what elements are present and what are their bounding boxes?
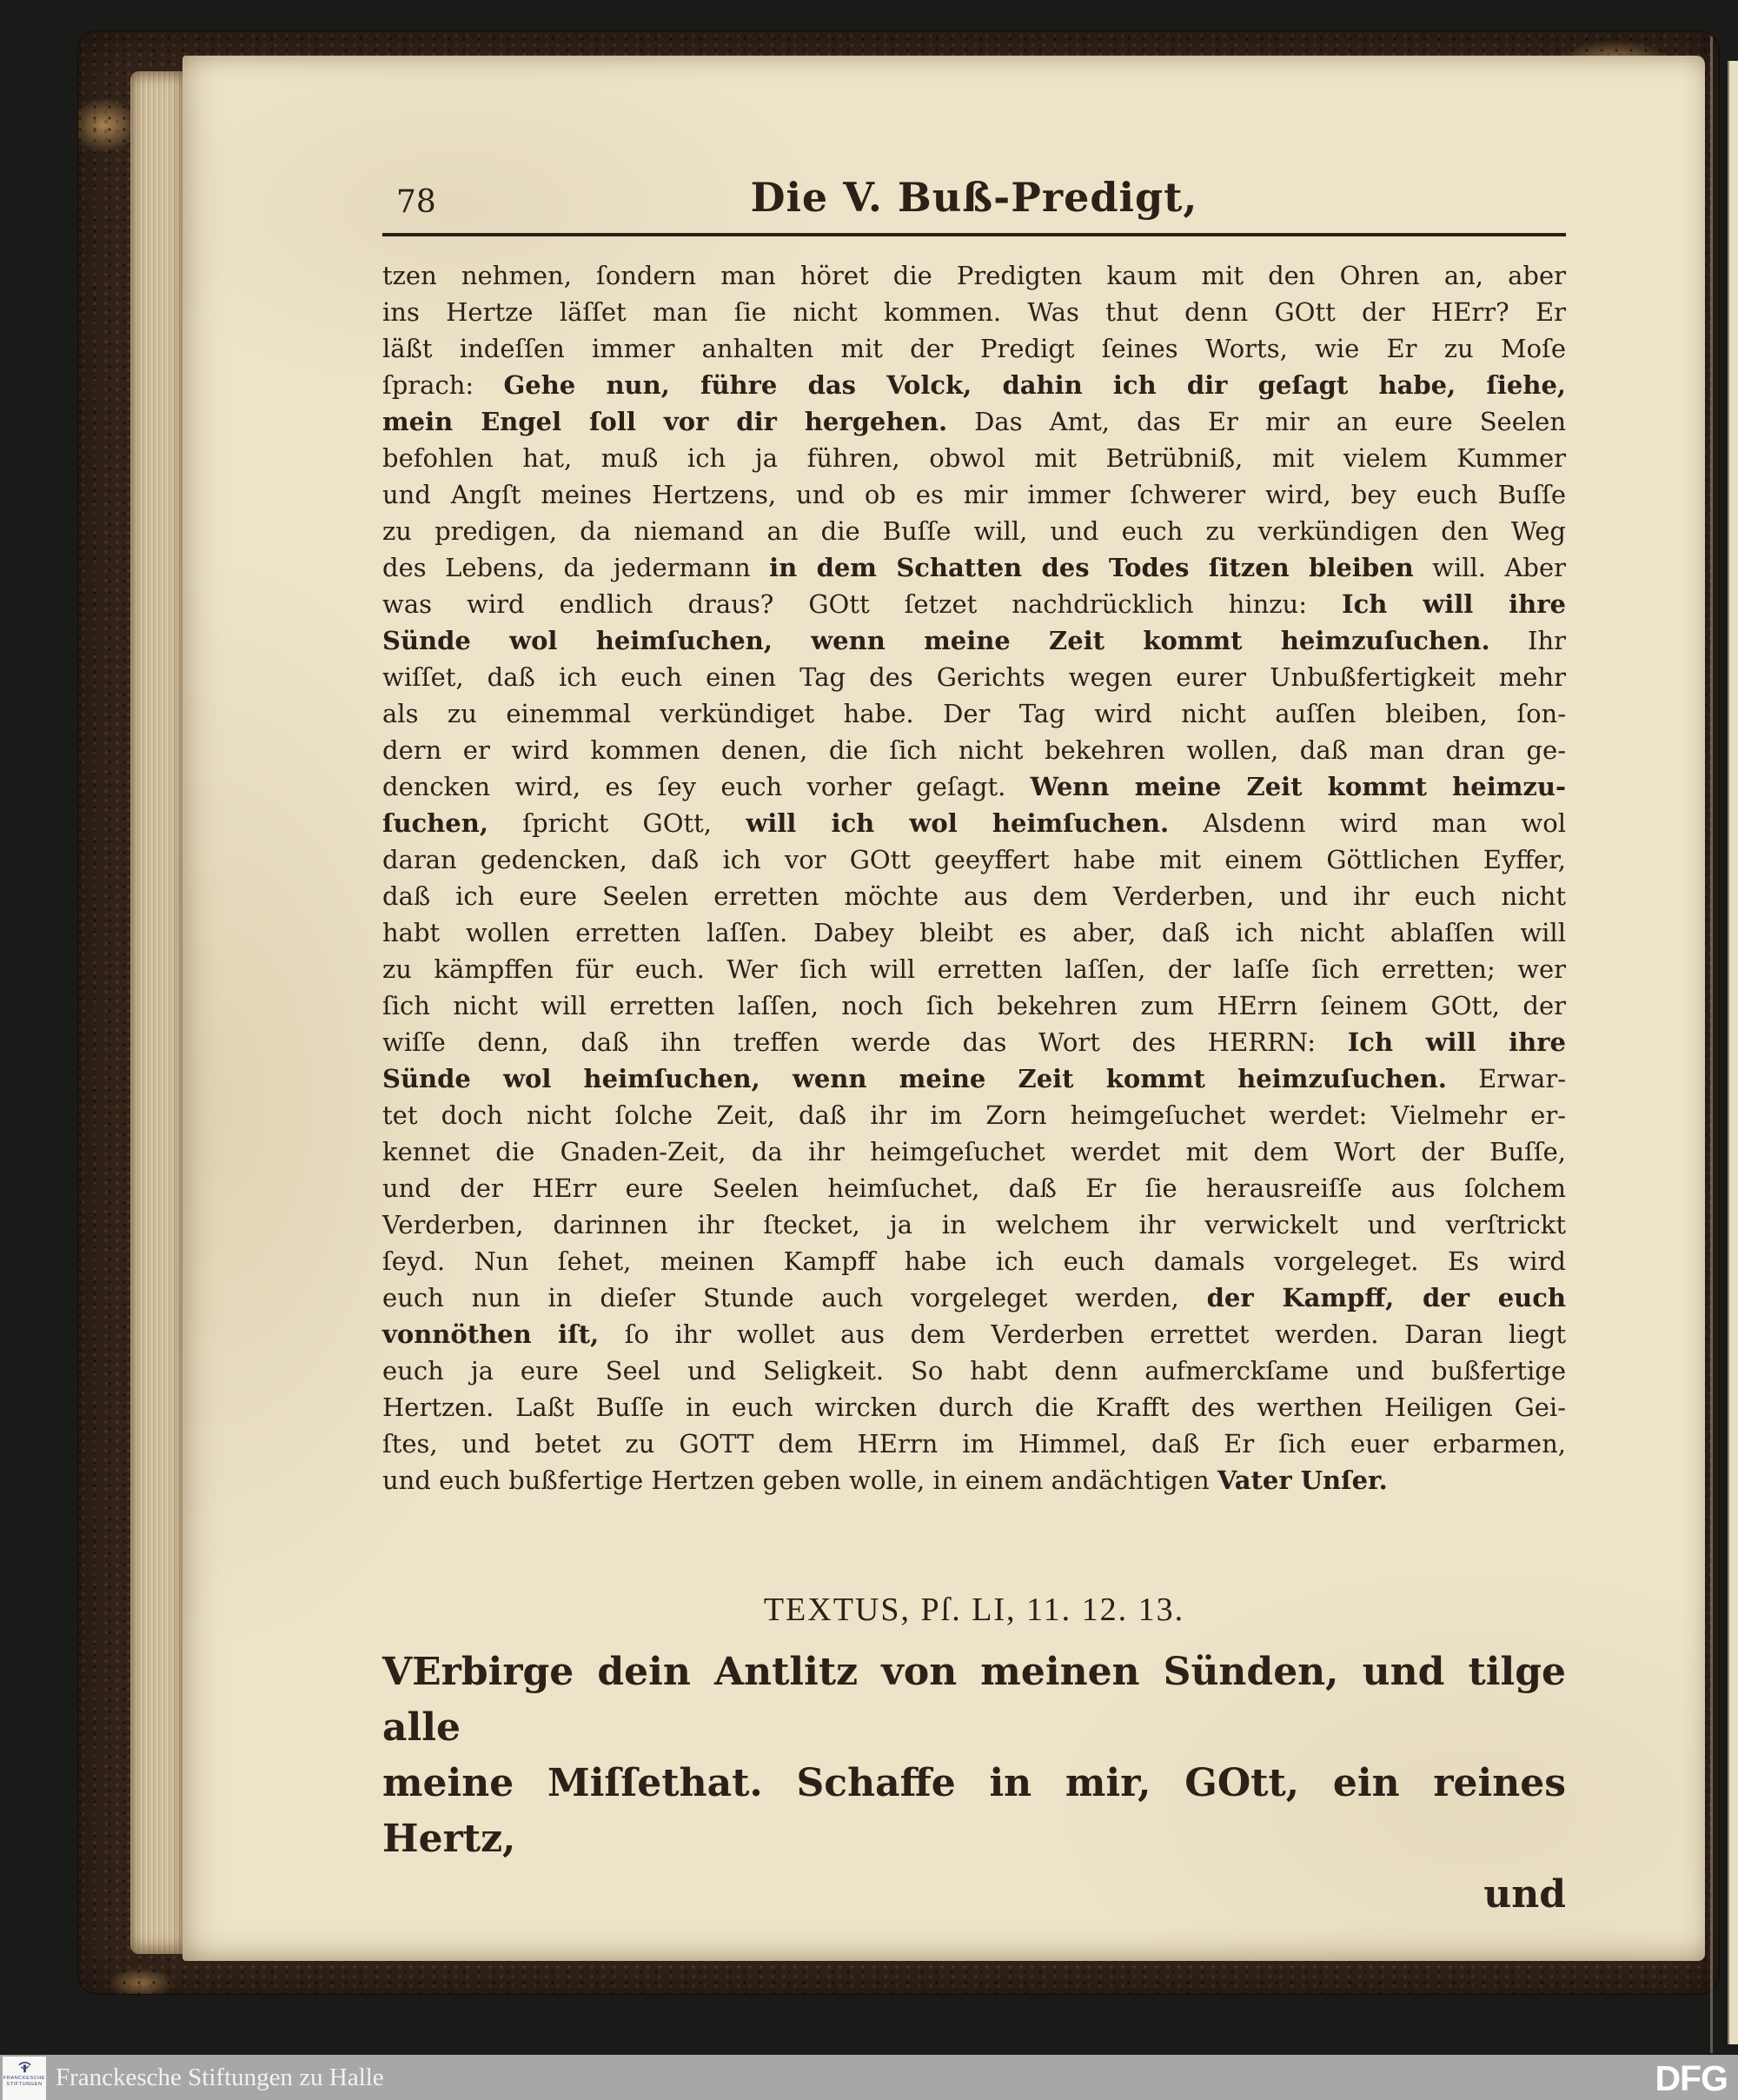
scan-stage: 78 Die V. Buß-Predigt, tzen nehmen, ſond…: [0, 0, 1738, 2100]
text-segment: kennet die Gnaden-Zeit, da ihr heimgeſuc…: [382, 1137, 1566, 1166]
text-segment: will ich wol heimſuchen.: [746, 808, 1169, 838]
text-segment: was wird endlich draus? GOtt ſetzet nach…: [382, 589, 1342, 619]
text-segment: dencken wird, es ſey euch vorher geſagt.: [382, 772, 1031, 801]
text-segment: habt wollen erretten laſſen. Dabey bleib…: [382, 918, 1566, 947]
text-segment: Sünde wol heimſuchen, wenn meine Zeit ko…: [382, 1064, 1447, 1093]
book-page: 78 Die V. Buß-Predigt, tzen nehmen, ſond…: [182, 56, 1705, 1961]
text-segment: der Kampff, der euch: [1207, 1283, 1566, 1312]
text-segment: will. Aber: [1414, 553, 1566, 582]
text-segment: ſo ihr wollet aus dem Verderben errettet…: [599, 1319, 1566, 1349]
text-segment: Gehe nun, führe das Volck, dahin ich dir…: [503, 370, 1566, 400]
text-line: Hertzen. Laßt Buſſe in euch wircken durc…: [382, 1389, 1566, 1425]
text-segment: und Angſt meines Hertzens, und ob es mir…: [382, 480, 1566, 509]
text-line: tet doch nicht ſolche Zeit, daß ihr im Z…: [382, 1097, 1566, 1133]
institution-label: Franckesche Stiftungen zu Halle: [56, 2055, 384, 2100]
text-line: dern er wird kommen denen, die ſich nich…: [382, 732, 1566, 768]
text-segment: läßt indeſſen immer anhalten mit der Pre…: [382, 334, 1566, 363]
text-segment: ſich nicht will erretten laſſen, noch ſi…: [382, 991, 1566, 1020]
text-segment: zu kämpffen für euch. Wer ſich will erre…: [382, 954, 1566, 984]
text-line: tzen nehmen, ſondern man höret die Predi…: [382, 257, 1566, 294]
text-segment: Ich will ihre: [1342, 589, 1566, 619]
text-segment: Ich will ihre: [1348, 1027, 1566, 1057]
text-segment: mein Engel ſoll vor dir hergehen.: [382, 407, 947, 436]
text-segment: ſtes, und betet zu GOTT dem HErrn im Him…: [382, 1429, 1566, 1459]
text-line: Sünde wol heimſuchen, wenn meine Zeit ko…: [382, 1060, 1566, 1097]
text-line: zu predigen, da niemand an die Buſſe wil…: [382, 513, 1566, 549]
text-segment: Alsdenn wird man wol: [1169, 808, 1566, 838]
text-segment: des Lebens, da jedermann: [382, 553, 769, 582]
text-segment: und: [1483, 1872, 1566, 1917]
text-segment: ſpricht GOtt,: [488, 808, 746, 838]
text-line: wiſſe denn, daß ihn treffen werde das Wo…: [382, 1024, 1566, 1060]
text-line: und Angſt meines Hertzens, und ob es mir…: [382, 476, 1566, 513]
franckesche-logo-icon: [17, 2059, 33, 2076]
scripture-text: VErbirge dein Antlitz von meinen Sünden,…: [382, 1645, 1566, 1923]
franckesche-logo-text-2: STIFTUNGEN: [6, 2082, 42, 2088]
text-line: als zu einemmal verkündiget habe. Der Ta…: [382, 695, 1566, 732]
text-line: euch nun in dieſer Stunde auch vorgelege…: [382, 1279, 1566, 1316]
glass-edge: [1710, 37, 1713, 2053]
textus-heading: TEXTUS, Pſ. LI, 11. 12. 13.: [382, 1591, 1566, 1629]
text-line: ſeyd. Nun ſehet, meinen Kampff habe ich …: [382, 1243, 1566, 1279]
text-segment: euch ja eure Seel und Seligkeit. So habt…: [382, 1356, 1566, 1386]
page-title: Die V. Buß-Predigt,: [382, 174, 1566, 221]
text-segment: daß ich eure Seelen erretten möchte aus …: [382, 881, 1566, 911]
text-segment: Hertzen. Laßt Buſſe in euch wircken durc…: [382, 1392, 1566, 1422]
text-line: vonnöthen iſt, ſo ihr wollet aus dem Ver…: [382, 1316, 1566, 1352]
text-segment: und der HErr eure Seelen heimſuchet, daß…: [382, 1173, 1566, 1203]
text-line: läßt indeſſen immer anhalten mit der Pre…: [382, 330, 1566, 367]
dfg-logo: DFG: [1655, 2055, 1728, 2100]
text-line: daß ich eure Seelen erretten möchte aus …: [382, 878, 1566, 914]
text-line: ſich nicht will erretten laſſen, noch ſi…: [382, 987, 1566, 1024]
text-segment: tzen nehmen, ſondern man höret die Predi…: [382, 261, 1566, 290]
text-segment: in dem Schatten des Todes ſitzen bleiben: [769, 553, 1414, 582]
text-line: wiſſet, daß ich euch einen Tag des Geric…: [382, 659, 1566, 695]
text-line: und euch bußfertige Hertzen geben wolle,…: [382, 1462, 1566, 1499]
text-segment: daran gedencken, daß ich vor GOtt geeyff…: [382, 845, 1566, 874]
facing-page-edge: [1728, 61, 1738, 2044]
text-line: Verderben, darinnen ihr ſtecket, ja in w…: [382, 1206, 1566, 1243]
text-segment: ſprach:: [382, 370, 503, 400]
text-segment: befohlen hat, muß ich ja führen, obwol m…: [382, 443, 1566, 473]
text-segment: Erwar-: [1447, 1064, 1566, 1093]
page-stack-edge: [130, 71, 184, 1954]
text-line: dencken wird, es ſey euch vorher geſagt.…: [382, 768, 1566, 805]
text-line: zu kämpffen für euch. Wer ſich will erre…: [382, 951, 1566, 987]
text-segment: wiſſet, daß ich euch einen Tag des Geric…: [382, 662, 1566, 692]
text-line: des Lebens, da jedermann in dem Schatten…: [382, 549, 1566, 586]
text-segment: Wenn meine Zeit kommt heimzu-: [1031, 772, 1566, 801]
text-segment: ſeyd. Nun ſehet, meinen Kampff habe ich …: [382, 1246, 1566, 1276]
text-segment: Ihr: [1490, 626, 1566, 655]
franckesche-logo: FRANCKESCHE STIFTUNGEN: [3, 2057, 46, 2100]
body-text: tzen nehmen, ſondern man höret die Predi…: [382, 257, 1566, 1499]
text-segment: als zu einemmal verkündiget habe. Der Ta…: [382, 699, 1566, 728]
text-line: ſuchen, ſpricht GOtt, will ich wol heimſ…: [382, 805, 1566, 841]
header-rule: [382, 233, 1566, 236]
text-segment: Vater Unſer.: [1217, 1465, 1388, 1495]
text-segment: Sünde wol heimſuchen, wenn meine Zeit ko…: [382, 626, 1490, 655]
text-segment: tet doch nicht ſolche Zeit, daß ihr im Z…: [382, 1100, 1566, 1130]
text-segment: ſuchen,: [382, 808, 488, 838]
text-segment: vonnöthen iſt,: [382, 1319, 599, 1349]
text-segment: Verderben, darinnen ihr ſtecket, ja in w…: [382, 1210, 1566, 1239]
text-segment: euch nun in dieſer Stunde auch vorgelege…: [382, 1283, 1207, 1312]
text-line: daran gedencken, daß ich vor GOtt geeyff…: [382, 841, 1566, 878]
text-line: kennet die Gnaden-Zeit, da ihr heimgeſuc…: [382, 1133, 1566, 1170]
text-segment: ins Hertze läſſet man ſie nicht kommen. …: [382, 297, 1566, 327]
text-line: VErbirge dein Antlitz von meinen Sünden,…: [382, 1645, 1566, 1756]
text-line: ins Hertze läſſet man ſie nicht kommen. …: [382, 294, 1566, 330]
text-segment: Das Amt, das Er mir an eure Seelen: [947, 407, 1566, 436]
text-segment: wiſſe denn, daß ihn treffen werde das Wo…: [382, 1027, 1348, 1057]
text-line: ſtes, und betet zu GOTT dem HErrn im Him…: [382, 1425, 1566, 1462]
text-line: befohlen hat, muß ich ja führen, obwol m…: [382, 440, 1566, 476]
text-line: habt wollen erretten laſſen. Dabey bleib…: [382, 914, 1566, 951]
text-line: euch ja eure Seel und Seligkeit. So habt…: [382, 1352, 1566, 1389]
footer-bar: FRANCKESCHE STIFTUNGEN Franckesche Stift…: [0, 2055, 1738, 2100]
text-segment: dern er wird kommen denen, die ſich nich…: [382, 735, 1566, 765]
text-line: meine Miſſethat. Schaffe in mir, GOtt, e…: [382, 1756, 1566, 1867]
text-line: und: [382, 1867, 1566, 1923]
text-segment: VErbirge dein Antlitz von meinen Sünden,…: [382, 1650, 1566, 1750]
text-segment: und euch bußfertige Hertzen geben wolle,…: [382, 1465, 1217, 1495]
text-segment: zu predigen, da niemand an die Buſſe wil…: [382, 516, 1566, 546]
text-segment: meine Miſſethat. Schaffe in mir, GOtt, e…: [382, 1761, 1566, 1861]
text-line: was wird endlich draus? GOtt ſetzet nach…: [382, 586, 1566, 622]
text-line: ſprach: Gehe nun, führe das Volck, dahin…: [382, 367, 1566, 403]
text-line: mein Engel ſoll vor dir hergehen. Das Am…: [382, 403, 1566, 440]
text-line: Sünde wol heimſuchen, wenn meine Zeit ko…: [382, 622, 1566, 659]
text-line: und der HErr eure Seelen heimſuchet, daß…: [382, 1170, 1566, 1206]
